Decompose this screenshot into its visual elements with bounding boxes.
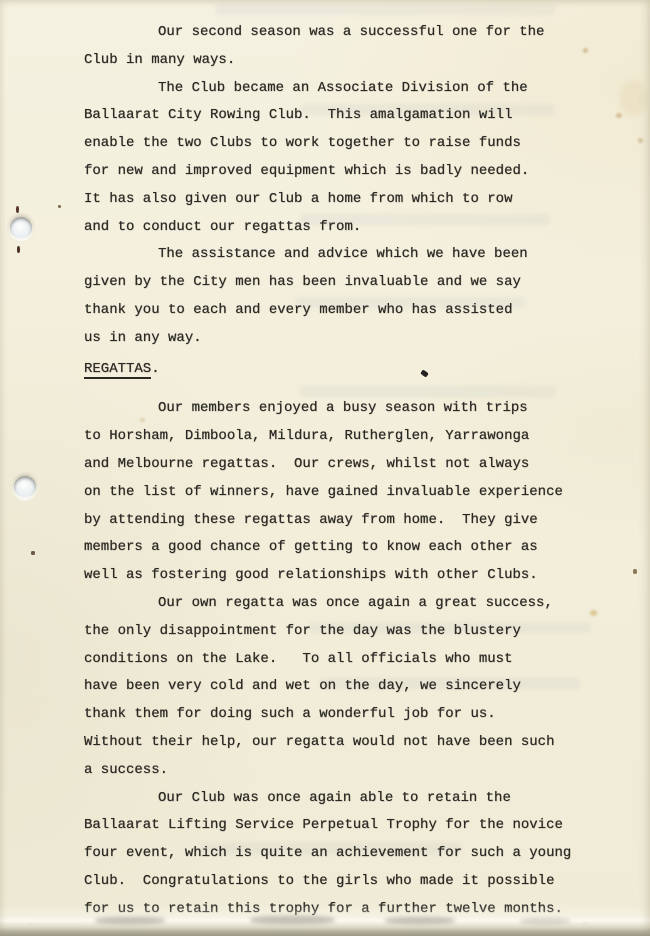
- text-line: members a good chance of getting to know…: [84, 534, 644, 562]
- text-line: Our own regatta was once again a great s…: [84, 590, 644, 618]
- text-line: by attending these regattas away from ho…: [84, 507, 644, 535]
- text-line: thank them for doing such a wonderful jo…: [84, 701, 644, 729]
- ink-speck: [58, 205, 61, 208]
- section-heading: REGATTAS.: [84, 356, 644, 384]
- text-line: given by the City men has been invaluabl…: [84, 269, 644, 297]
- text-line: enable the two Clubs to work together to…: [84, 130, 644, 158]
- ink-speck: [17, 246, 20, 253]
- edge-smudge: [520, 918, 570, 924]
- text-line: The Club became an Associate Division of…: [84, 75, 644, 103]
- punch-hole: [14, 476, 36, 498]
- text-line: thank you to each and every member who h…: [84, 297, 644, 325]
- edge-smudge: [250, 916, 335, 924]
- text-line: It has also given our Club a home from w…: [84, 186, 644, 214]
- text-line: the only disappointment for the day was …: [84, 618, 644, 646]
- text-line: us in any way.: [84, 325, 644, 353]
- fox-spot: [616, 113, 622, 118]
- text-line: four event, which is quite an achievemen…: [84, 840, 644, 868]
- text-line: and Melbourne regattas. Our crews, whils…: [84, 451, 644, 479]
- punch-hole: [10, 217, 32, 239]
- document-page: Our second season was a successful one f…: [0, 0, 650, 936]
- edge-smudge: [95, 917, 165, 924]
- text-line: well as fostering good relationships wit…: [84, 562, 644, 590]
- text-line: have been very cold and wet on the day, …: [84, 673, 644, 701]
- text-line: for new and improved equipment which is …: [84, 158, 644, 186]
- text-line: Ballaarat City Rowing Club. This amalgam…: [84, 102, 644, 130]
- text-block: Our second season was a successful one f…: [84, 0, 644, 924]
- fox-spot: [140, 418, 145, 422]
- text-line: Ballaarat Lifting Service Perpetual Trop…: [84, 812, 644, 840]
- text-line: to Horsham, Dimboola, Mildura, Ruthergle…: [84, 423, 644, 451]
- text-line: a success.: [84, 757, 644, 785]
- text-line: on the list of winners, have gained inva…: [84, 479, 644, 507]
- text-line: Our Club was once again able to retain t…: [84, 785, 644, 813]
- page-bottom-edge: [0, 916, 650, 936]
- ink-speck: [31, 551, 35, 555]
- text-line: and to conduct our regattas from.: [84, 214, 644, 242]
- text-line: Our members enjoyed a busy season with t…: [84, 395, 644, 423]
- text-line: Our second season was a successful one f…: [84, 19, 644, 47]
- fox-spot: [583, 48, 588, 53]
- fox-spot: [620, 80, 646, 116]
- text-line: The assistance and advice which we have …: [84, 241, 644, 269]
- ink-speck: [16, 206, 19, 213]
- fox-spot: [638, 138, 643, 143]
- text-line: Without their help, our regatta would no…: [84, 729, 644, 757]
- edge-smudge: [385, 917, 455, 924]
- ink-speck: [633, 569, 637, 574]
- heading-underlined-text: REGATTAS: [84, 361, 151, 379]
- text-line: Club. Congratulations to the girls who m…: [84, 868, 644, 896]
- text-line: conditions on the Lake. To all officials…: [84, 646, 644, 674]
- text-line: Club in many ways.: [84, 47, 644, 75]
- fox-spot: [590, 610, 597, 616]
